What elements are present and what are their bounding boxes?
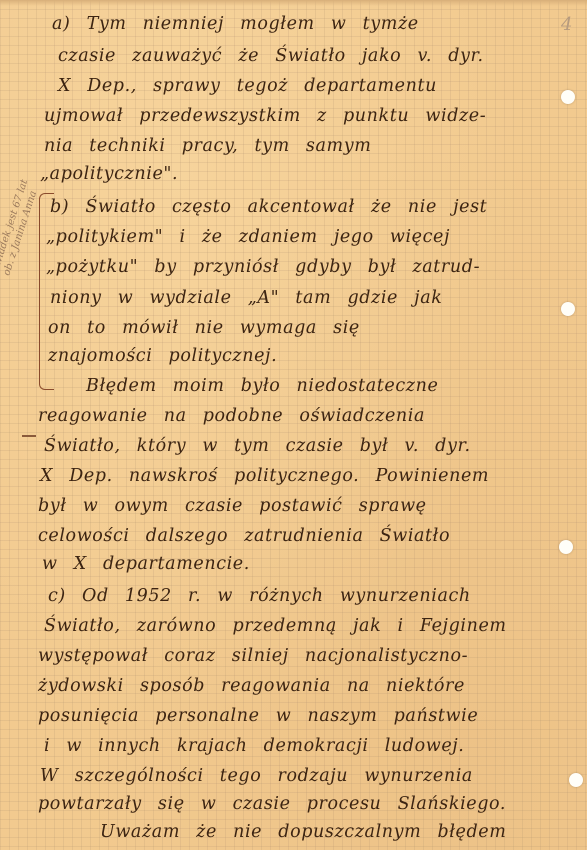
text-line: posunięcia personalne w naszym państwie [38, 706, 478, 726]
text-line: W szczególności tego rodzaju wynurzenia [40, 766, 473, 786]
punch-hole [561, 90, 575, 104]
punch-hole [561, 302, 575, 316]
page-number: 4 [561, 14, 572, 35]
text-line: był w owym czasie postawić sprawę [38, 496, 427, 516]
paper-top-edge [0, 0, 587, 6]
text-line: b) Światło często akcentował że nie jest [50, 197, 487, 217]
text-line: „politykiem" i że zdaniem jego więcej [46, 227, 450, 247]
text-line: reagowanie na podobne oświadczenia [38, 406, 425, 426]
text-line: znajomości politycznej. [48, 346, 277, 366]
text-line: „apolitycznie". [40, 164, 178, 184]
text-line: czasie zauważyć że Światło jako v. dyr. [58, 46, 484, 66]
text-line: celowości dalszego zatrudnienia Światło [38, 526, 450, 546]
text-line: Błędem moim było niedostateczne [86, 376, 438, 396]
text-line: c) Od 1952 r. w różnych wynurzeniach [48, 586, 471, 606]
margin-annotation: Świadek jest 67 lat ob. z Janina Anna [0, 178, 43, 277]
text-line: Uważam że nie dopuszczalnym błędem [100, 822, 506, 842]
text-line: żydowski sposób reagowania na niektóre [38, 676, 465, 696]
text-line: a) Tym niemniej mogłem w tymże [52, 14, 419, 34]
text-line: on to mówił nie wymaga się [48, 318, 360, 338]
document-page: 4 Świadek jest 67 lat ob. z Janina Anna … [0, 0, 587, 850]
text-line: powtarzały się w czasie procesu Slańskie… [38, 794, 506, 814]
text-line: X Dep. nawskroś politycznego. Powinienem [40, 466, 489, 486]
text-line: Światło, który w tym czasie był v. dyr. [44, 436, 471, 456]
text-line: i w innych krajach demokracji ludowej. [44, 736, 464, 756]
text-line: Światło, zarówno przedemną jak i Fejgine… [44, 616, 507, 636]
text-line: „pożytku" by przyniósł gdyby był zatrud- [46, 257, 480, 277]
text-line: występował coraz silniej nacjonalistyczn… [38, 646, 468, 666]
text-line: X Dep., sprawy tegoż departamentu [58, 76, 437, 96]
text-line: w X departamencie. [42, 554, 250, 574]
text-line: ujmował przedewszystkim z punktu widze- [44, 106, 486, 126]
punch-hole [559, 540, 573, 554]
text-line: niony w wydziale „A" tam gdzie jak [50, 288, 442, 308]
margin-dash-mark [22, 435, 36, 437]
punch-hole [569, 773, 583, 787]
text-line: nia techniki pracy, tym samym [44, 136, 371, 156]
